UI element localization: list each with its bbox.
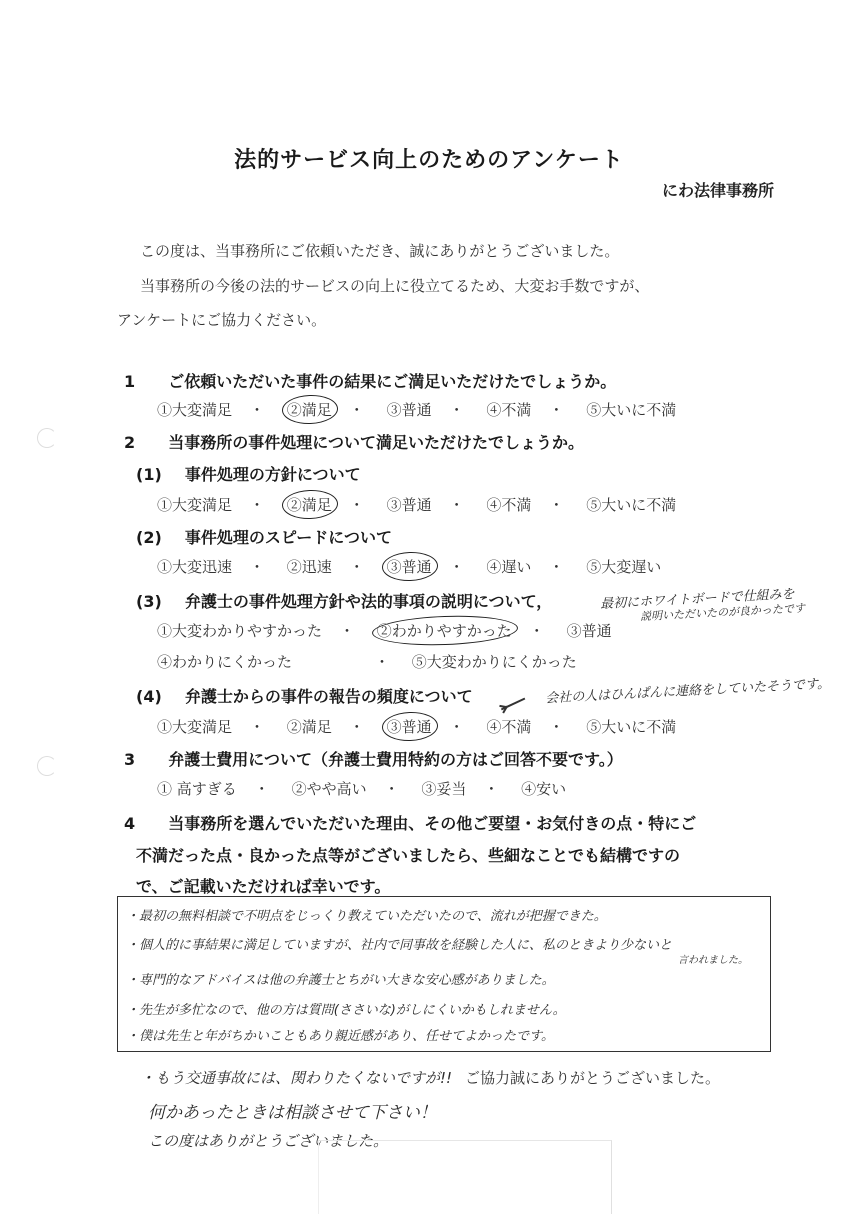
question-text-line1: 当事務所を選んでいただいた理由、その他ご要望・お気付きの点・特にご [168, 814, 696, 833]
sub-question-text: 弁護士の事件処理方針や法的事項の説明について， [185, 592, 552, 611]
closing-handwritten-line2: 何かあったときは相談させて下さい！ [148, 1098, 437, 1123]
question-text: 当事務所の事件処理について満足いただけたでしょうか。 [168, 433, 584, 452]
question-2-2-options: ①大変迅速・ ②迅速・ ③普通・ ④遅い・ ⑤大変遅い [157, 556, 661, 577]
question-2: 2 当事務所の事件処理について満足いただけたでしょうか。 [124, 430, 584, 453]
question-4-line2: 不満だった点・良かった点等がございましたら、些細なことでも結構ですの [136, 843, 680, 866]
sub-question-number: (3) [136, 592, 162, 611]
question-number: 1 [124, 372, 135, 391]
option-2-selected[interactable]: ②わかりやすかった [377, 620, 512, 641]
thanks-message: ご協力誠にありがとうございました。 [465, 1067, 720, 1088]
question-text: ご依頼いただいた事件の結果にご満足いただけたでしょうか。 [168, 372, 616, 391]
paper-scrap-overlay [318, 1140, 612, 1214]
question-2-1-options: ①大変満足・ ②満足・ ③普通・ ④不満・ ⑤大いに不満 [157, 494, 676, 515]
option-3[interactable]: ③普通 [567, 620, 612, 641]
question-number: 4 [124, 814, 135, 833]
option-5[interactable]: ⑤大変遅い [586, 556, 661, 577]
option-5[interactable]: ⑤大いに不満 [586, 399, 676, 420]
question-4-line3: で、ご記載いただければ幸いです。 [136, 874, 390, 897]
comment-line: ・僕は先生と年がちかいこともあり親近感があり、任せてよかったです。 [126, 1025, 554, 1044]
option-3[interactable]: ③普通 [387, 494, 432, 515]
question-text: 弁護士費用について（弁護士費用特約の方はご回答不要です。） [168, 750, 622, 769]
sub-question-text: 事件処理のスピードについて [185, 528, 392, 547]
option-3[interactable]: ③妥当 [421, 778, 466, 799]
option-3[interactable]: ③普通 [387, 399, 432, 420]
option-1[interactable]: ①大変満足 [157, 494, 232, 515]
page-title: 法的サービス向上のためのアンケート [0, 143, 858, 174]
option-1[interactable]: ①大変迅速 [157, 556, 232, 577]
intro-line-1: この度は、当事務所にご依頼いただき、誠にありがとうございました。 [140, 240, 619, 261]
comment-line: ・先生が多忙なので、他の方は質問(ささいな)がしにくいかもしれません。 [126, 999, 566, 1018]
comment-line: ・最初の無料相談で不明点をじっくり教えていただいたので、流れが把握できた。 [126, 905, 607, 924]
question-number: 3 [124, 750, 135, 769]
question-2-3-options-row2: ④わかりにくかった・ ⑤大変わかりにくかった [157, 651, 577, 672]
comment-line: 言われました。 [678, 951, 748, 966]
option-2[interactable]: ②迅速 [287, 556, 332, 577]
comment-line: ・専門的なアドバイスは他の弁護士とちがい大きな安心感がありました。 [126, 969, 555, 988]
organization-name: にわ法律事務所 [662, 178, 774, 201]
question-2-4-options: ①大変満足・ ②満足・ ③普通・ ④不満・ ⑤大いに不満 [157, 716, 676, 737]
sub-question-number: (2) [136, 528, 162, 547]
comment-line: ・個人的に事結果に満足していますが、社内で同事故を経験した人に、私のときより少な… [126, 934, 672, 953]
question-2-3-options-row1: ①大変わかりやすかった・ ②わかりやすかった・ ③普通 [157, 620, 612, 641]
option-4[interactable]: ④不満 [486, 716, 531, 737]
question-1: 1 ご依頼いただいた事件の結果にご満足いただけたでしょうか。 [124, 369, 616, 392]
sub-question-text: 弁護士からの事件の報告の頻度について [185, 687, 473, 706]
question-2-2: (2) 事件処理のスピードについて [136, 525, 392, 548]
sub-question-number: (4) [136, 687, 162, 706]
option-3-selected[interactable]: ③普通 [387, 556, 432, 577]
option-4[interactable]: ④わかりにくかった [157, 651, 357, 672]
closing-handwritten-line1: ・もう交通事故には、関わりたくないですが!! [140, 1067, 452, 1088]
punch-hole-mark [37, 428, 57, 448]
intro-line-2: 当事務所の今後の法的サービスの向上に役立てるため、大変お手数ですが、 [140, 275, 649, 296]
question-2-4: (4) 弁護士からの事件の報告の頻度について [136, 684, 473, 707]
option-5[interactable]: ⑤大いに不満 [586, 716, 676, 737]
sub-question-text: 事件処理の方針について [185, 465, 361, 484]
option-1[interactable]: ①大変わかりやすかった [157, 620, 322, 641]
handwritten-note-q2-4: 会社の人はひんぱんに連絡をしていたそうです。 [545, 673, 831, 707]
option-5[interactable]: ⑤大変わかりにくかった [412, 651, 577, 672]
option-4[interactable]: ④遅い [486, 556, 531, 577]
option-5[interactable]: ⑤大いに不満 [586, 494, 676, 515]
question-number: 2 [124, 433, 135, 452]
intro-line-3: アンケートにご協力ください。 [117, 309, 326, 330]
option-2[interactable]: ②満足 [287, 716, 332, 737]
sub-question-number: (1) [136, 465, 162, 484]
comment-box[interactable]: ・最初の無料相談で不明点をじっくり教えていただいたので、流れが把握できた。 ・個… [117, 896, 771, 1052]
handwritten-arrow-icon [501, 698, 525, 710]
question-3-options: ① 高すぎる・ ②やや高い・ ③妥当・ ④安い [157, 778, 566, 799]
option-4[interactable]: ④不満 [486, 399, 531, 420]
option-1[interactable]: ① 高すぎる [157, 778, 237, 799]
option-2[interactable]: ②やや高い [292, 778, 367, 799]
question-2-1: (1) 事件処理の方針について [136, 462, 361, 485]
question-2-3: (3) 弁護士の事件処理方針や法的事項の説明について， [136, 589, 552, 612]
option-4[interactable]: ④安い [521, 778, 566, 799]
question-1-options: ①大変満足・ ②満足・ ③普通・ ④不満・ ⑤大いに不満 [157, 399, 676, 420]
option-2-selected[interactable]: ②満足 [287, 399, 332, 420]
punch-hole-mark [37, 756, 57, 776]
question-4: 4 当事務所を選んでいただいた理由、その他ご要望・お気付きの点・特にご [124, 811, 696, 834]
option-3-selected[interactable]: ③普通 [387, 716, 432, 737]
option-1[interactable]: ①大変満足 [157, 716, 232, 737]
option-1[interactable]: ①大変満足 [157, 399, 232, 420]
option-4[interactable]: ④不満 [486, 494, 531, 515]
question-3: 3 弁護士費用について（弁護士費用特約の方はご回答不要です。） [124, 747, 623, 770]
option-2-selected[interactable]: ②満足 [287, 494, 332, 515]
